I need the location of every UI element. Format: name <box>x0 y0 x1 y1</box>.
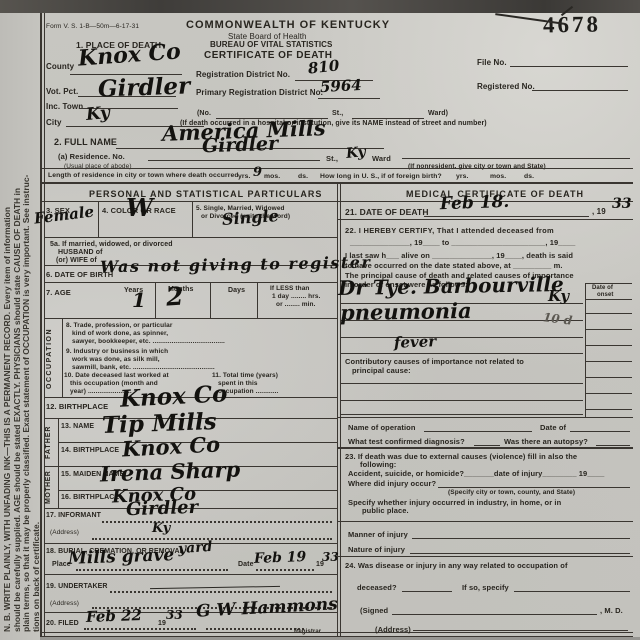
cause-of-death-value: pneumonia <box>340 300 472 323</box>
undertaker-label: 19. UNDERTAKER <box>46 583 108 590</box>
md-label: , M. D. <box>600 606 623 615</box>
death-certificate-document: N. B. WRITE PLAINLY, WITH UNFADING INK—T… <box>0 0 640 640</box>
occupation-item9: work was done, as silk mill, <box>72 356 160 363</box>
pen-scribble <box>150 586 280 589</box>
sex-value: Female <box>33 204 95 226</box>
rule-line <box>337 521 633 522</box>
margin-instructions: N. B. WRITE PLAINLY, WITH UNFADING INK—T… <box>3 4 41 640</box>
burial-year-value: 33 <box>322 551 339 563</box>
date-of-death-label: 21. DATE OF DEATH <box>345 207 429 217</box>
onset-row-line <box>585 377 632 378</box>
onset-row-line <box>585 345 632 346</box>
contributory-label: principal cause: <box>352 366 411 375</box>
age-months-value: 2 <box>165 283 184 309</box>
rule-line <box>58 490 337 491</box>
personal-section-heading: PERSONAL AND STATISTICAL PARTICULARS <box>89 189 322 199</box>
inc-town-value: Girdler <box>98 74 191 100</box>
age-label: 7. AGE <box>46 288 71 297</box>
cause-line <box>340 337 583 338</box>
cell-divider <box>58 466 59 508</box>
residence-months-value: 9 <box>253 166 262 179</box>
street-no-label: (No. <box>197 110 211 117</box>
less-than-day-label: If LESS than <box>270 285 309 292</box>
blank-line <box>474 445 500 446</box>
foreign-yrs-label: yrs. <box>456 173 469 180</box>
signature-line <box>392 614 597 615</box>
commonwealth-title: COMMONWEALTH OF KENTUCKY <box>186 19 390 31</box>
occupation-item8: kind of work done, as spinner, <box>72 330 168 337</box>
scan-top-edge <box>0 0 640 13</box>
occupation-side-label: OCCUPATION <box>46 320 53 396</box>
city-value: Ky <box>85 105 110 124</box>
blank-line <box>412 538 630 539</box>
dotted-line <box>102 521 332 523</box>
certify-text: 22. I HEREBY CERTIFY, That I attended de… <box>345 226 554 235</box>
blank-line <box>402 591 452 592</box>
cause-line <box>340 353 583 354</box>
physician-state-value: Ky <box>548 289 569 304</box>
filed-year-value: 33 <box>166 609 183 621</box>
rule-line <box>44 574 337 575</box>
date-of-death-value: Feb 18. <box>440 194 510 213</box>
date-of-death-year-value: 33 <box>612 197 631 211</box>
blank-line <box>402 158 630 159</box>
birthplace-label: 12. BIRTHPLACE <box>46 402 108 411</box>
registered-no-label: Registered No. <box>477 82 535 91</box>
test-label: What test confirmed diagnosis? <box>348 437 465 446</box>
secondary-cause-value: fever <box>394 334 437 350</box>
blank-line <box>424 216 589 217</box>
rule-line <box>44 318 337 319</box>
operation-label: Name of operation <box>348 423 416 432</box>
where-injury-label: Where did injury occur? <box>348 479 436 488</box>
form-number: Form V. S. 1-B—50m—6-17-31 <box>46 23 139 30</box>
age-days-label: Days <box>228 287 245 294</box>
residence-st-label: St., <box>326 154 338 163</box>
dotted-line <box>92 538 332 540</box>
onset-value: 10 d <box>542 311 573 326</box>
autopsy-label: Was there an autopsy? <box>504 437 588 446</box>
marital-status-value: Single <box>222 208 280 228</box>
last-saw-text: to have occurred on the date stated abov… <box>345 261 563 270</box>
blank-line <box>596 445 630 446</box>
filed-label: 20. FILED <box>46 620 79 627</box>
street-ward-label: Ward) <box>428 110 448 117</box>
blank-line <box>318 98 380 99</box>
burial-place-value-2: yard <box>178 540 213 556</box>
certificate-serial-number: 4678 <box>543 11 601 38</box>
occupation-item10: 10. Date deceased last worked at <box>64 372 169 379</box>
county-label: County <box>46 62 74 71</box>
rule-line <box>44 237 337 238</box>
column-divider <box>337 183 338 636</box>
rule-line <box>337 447 633 449</box>
cause-line <box>340 400 583 401</box>
dotted-line <box>256 569 314 571</box>
date-of-onset-label: onset <box>597 292 614 298</box>
rule-line <box>40 168 633 169</box>
cause-line <box>340 414 583 415</box>
nature-of-injury-label: Nature of injury <box>348 545 405 554</box>
foreign-ds-label: ds. <box>524 173 534 180</box>
blank-line <box>570 431 630 432</box>
rule-line <box>337 219 633 220</box>
father-birthplace-label: 14. BIRTHPLACE <box>61 447 119 454</box>
rule-line <box>337 417 633 418</box>
foreign-mos-label: mos. <box>490 173 506 180</box>
registrar-signature: G W Hammons <box>196 596 338 620</box>
age-years-value: 1 <box>132 290 146 310</box>
city-label: City <box>46 118 62 127</box>
residence-ward-label: Ward <box>372 154 391 163</box>
contributory-label: Contributory causes of importance not re… <box>345 357 524 366</box>
blank-line <box>532 90 628 91</box>
occupation-item8: sawyer, bookkeeper, etc. ...............… <box>72 338 225 345</box>
registration-district-value: 810 <box>307 58 340 76</box>
county-value: Knox Co <box>77 40 181 69</box>
form-border <box>40 632 633 633</box>
primary-district-label: Primary Registration District No. <box>196 88 323 97</box>
length-of-residence-label: Length of residence in city or town wher… <box>48 172 239 179</box>
specify-city-note: (Specify city or town, county, and State… <box>448 489 575 496</box>
burial-date-label: Date <box>238 561 254 568</box>
signed-label: (Signed <box>360 606 388 615</box>
item5a-label: 5a. If married, widowed, or divorced <box>50 241 173 248</box>
voting-precinct-label: Vot. Pct. <box>46 87 78 96</box>
blank-line <box>148 160 320 161</box>
mother-birthplace-label: 16. BIRTHPLACE <box>61 494 119 501</box>
onset-box-border <box>585 283 586 417</box>
onset-row-line <box>585 393 632 394</box>
accident-suicide-homicide-text: Accident, suicide, or homicide?_______da… <box>348 469 604 478</box>
father-birthplace-value: Knox Co <box>122 433 221 459</box>
onset-box-border <box>585 283 632 284</box>
inc-town-label: Inc. Town <box>46 102 83 111</box>
full-name-label: 2. FULL NAME <box>54 137 117 147</box>
registration-district-label: Registration District No. <box>196 70 290 79</box>
bureau-subtitle: BUREAU OF VITAL STATISTICS <box>210 40 332 49</box>
street-st-label: St., <box>332 110 343 117</box>
blank-line <box>514 591 630 592</box>
less-than-day-label: or ........ min. <box>276 301 316 308</box>
rule-line <box>44 282 337 283</box>
cause-line <box>340 383 583 384</box>
blank-line <box>410 553 630 554</box>
cell-divider <box>62 318 63 397</box>
informant-address-value: Ky <box>152 522 170 535</box>
date-of-birth-value: Was not giving to register <box>100 255 372 276</box>
residence-value: Girdler <box>202 135 279 157</box>
item5a-label: HUSBAND of <box>58 249 103 256</box>
dotted-line <box>76 569 228 571</box>
onset-row-line <box>585 409 632 410</box>
residence-state-value: Ky <box>345 145 366 161</box>
cell-divider <box>257 282 258 318</box>
cell-divider <box>192 201 193 237</box>
onset-row-line <box>585 313 632 314</box>
onset-row-line <box>585 299 632 300</box>
less-than-day-label: 1 day ........ hrs. <box>272 293 321 300</box>
burial-date-value: Feb 19 <box>254 550 307 566</box>
blank-line <box>510 66 628 67</box>
certify-blanks: ______________, 19____ to ______________… <box>350 238 575 247</box>
mother-side-label: MOTHER <box>45 467 52 507</box>
informant-value: Girdler <box>126 499 199 520</box>
specify-industry-text: public place. <box>362 506 409 515</box>
foreign-birth-label: How long in U. S., if of foreign birth? <box>320 173 442 180</box>
informant-address-label: (Address) <box>50 529 79 536</box>
father-side-label: FATHER <box>45 420 52 464</box>
physician-value: Dr Tye. Barbourville <box>338 274 564 298</box>
informant-label: 17. INFORMANT <box>46 512 101 519</box>
undertaker-address-label: (Address) <box>50 600 79 607</box>
residence-label: (a) Residence. No. <box>58 152 125 161</box>
external-causes-text: following: <box>360 460 396 469</box>
dotted-line <box>110 591 332 593</box>
onset-row-line <box>585 361 632 362</box>
ds-label: ds. <box>298 173 308 180</box>
blank-line <box>352 118 424 119</box>
date-of-onset-label: Date of <box>592 285 613 291</box>
yrs-label: yrs. <box>238 173 251 180</box>
form-border <box>40 13 42 636</box>
cell-divider <box>98 201 99 237</box>
column-divider <box>340 183 341 636</box>
blank-line <box>413 630 628 631</box>
physician-address-label: (Address) <box>375 625 411 634</box>
cell-divider <box>155 282 156 318</box>
blank-line <box>424 431 532 432</box>
dotted-line <box>206 628 304 630</box>
date-of-death-year-printed: , 19 <box>592 207 606 216</box>
father-name-label: 13. NAME <box>61 423 94 430</box>
race-value: W <box>126 196 153 220</box>
cell-divider <box>210 282 211 318</box>
dotted-line <box>84 628 196 630</box>
file-no-label: File No. <box>477 58 507 67</box>
occupation-item8: 8. Trade, profession, or particular <box>66 322 172 329</box>
birthplace-value: Knox Co <box>119 382 227 411</box>
last-saw-text: I last saw h___ alive on ______________,… <box>345 251 573 260</box>
blank-line <box>438 487 630 488</box>
primary-district-value: 5964 <box>320 78 362 95</box>
rule-line <box>337 556 633 557</box>
occupation-item9: 9. Industry or business in which <box>66 348 168 355</box>
manner-of-injury-label: Manner of injury <box>348 530 408 539</box>
onset-row-line <box>585 329 632 330</box>
operation-date-label: Date of <box>540 423 566 432</box>
deceased-label: deceased? <box>357 583 397 592</box>
filed-date-value: Feb 22 <box>86 608 142 625</box>
occupation-item11: 11. Total time (years) <box>212 372 278 379</box>
item5a-label: (or) WIFE of <box>56 257 97 264</box>
burial-place-value: Mills grave <box>68 547 175 568</box>
mos-label: mos. <box>264 173 280 180</box>
if-so-specify-label: If so, specify <box>462 583 509 592</box>
occupation-relation-text: 24. Was disease or injury in any way rel… <box>345 561 568 570</box>
form-border <box>40 636 633 637</box>
mother-name-value: Irena Sharp <box>100 459 241 485</box>
filed-year-printed: 19 <box>158 620 166 627</box>
occupation-item9: sawmill, bank, etc. ....................… <box>72 364 215 371</box>
